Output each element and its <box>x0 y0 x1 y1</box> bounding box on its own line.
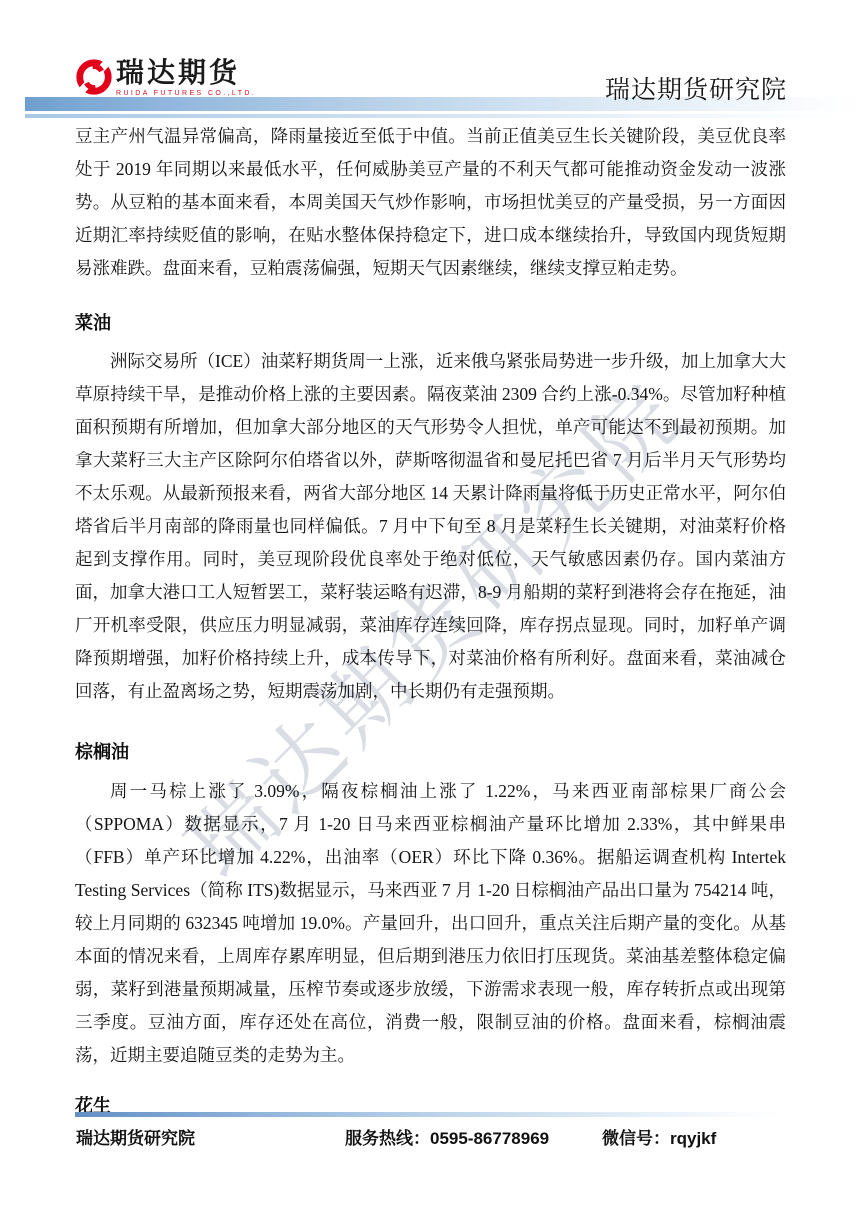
paragraph-rapeseed-oil: 洲际交易所（ICE）油菜籽期货周一上涨，近来俄乌紧张局势进一步升级，加上加拿大大… <box>75 345 786 708</box>
footer-hotline: 服务热线：0595-86778969 <box>345 1124 549 1149</box>
header-divider-thin-line <box>25 114 860 118</box>
report-body: 豆主产州气温异常偏高，降雨量接近至低于中值。当前正值美豆生长关键阶段，美豆优良率… <box>75 120 786 1119</box>
report-page: 瑞达期货 RUIDA FUTURES CO.,LTD. 瑞达期货研究院 瑞达期货… <box>0 0 860 1217</box>
logo-company-name-en: RUIDA FUTURES CO.,LTD. <box>116 90 256 97</box>
company-logo: 瑞达期货 RUIDA FUTURES CO.,LTD. <box>76 58 256 97</box>
heading-palm-oil: 棕榈油 <box>75 740 786 765</box>
footer-wechat: 微信号：rqyjkf <box>602 1124 716 1149</box>
header-institute-title: 瑞达期货研究院 <box>605 70 787 106</box>
ruida-logo-icon <box>76 58 112 96</box>
paragraph-palm-oil: 周一马棕上涨了 3.09%，隔夜棕榈油上涨了 1.22%，马来西亚南部棕果厂商公… <box>75 775 786 1072</box>
logo-company-name: 瑞达期货 <box>116 58 256 88</box>
heading-rapeseed-oil: 菜油 <box>75 311 786 336</box>
footer-divider-line <box>75 1112 786 1117</box>
footer-institute: 瑞达期货研究院 <box>76 1124 195 1149</box>
paragraph-soybean-meal: 豆主产州气温异常偏高，降雨量接近至低于中值。当前正值美豆生长关键阶段，美豆优良率… <box>75 120 786 285</box>
logo-text-block: 瑞达期货 RUIDA FUTURES CO.,LTD. <box>116 58 256 97</box>
